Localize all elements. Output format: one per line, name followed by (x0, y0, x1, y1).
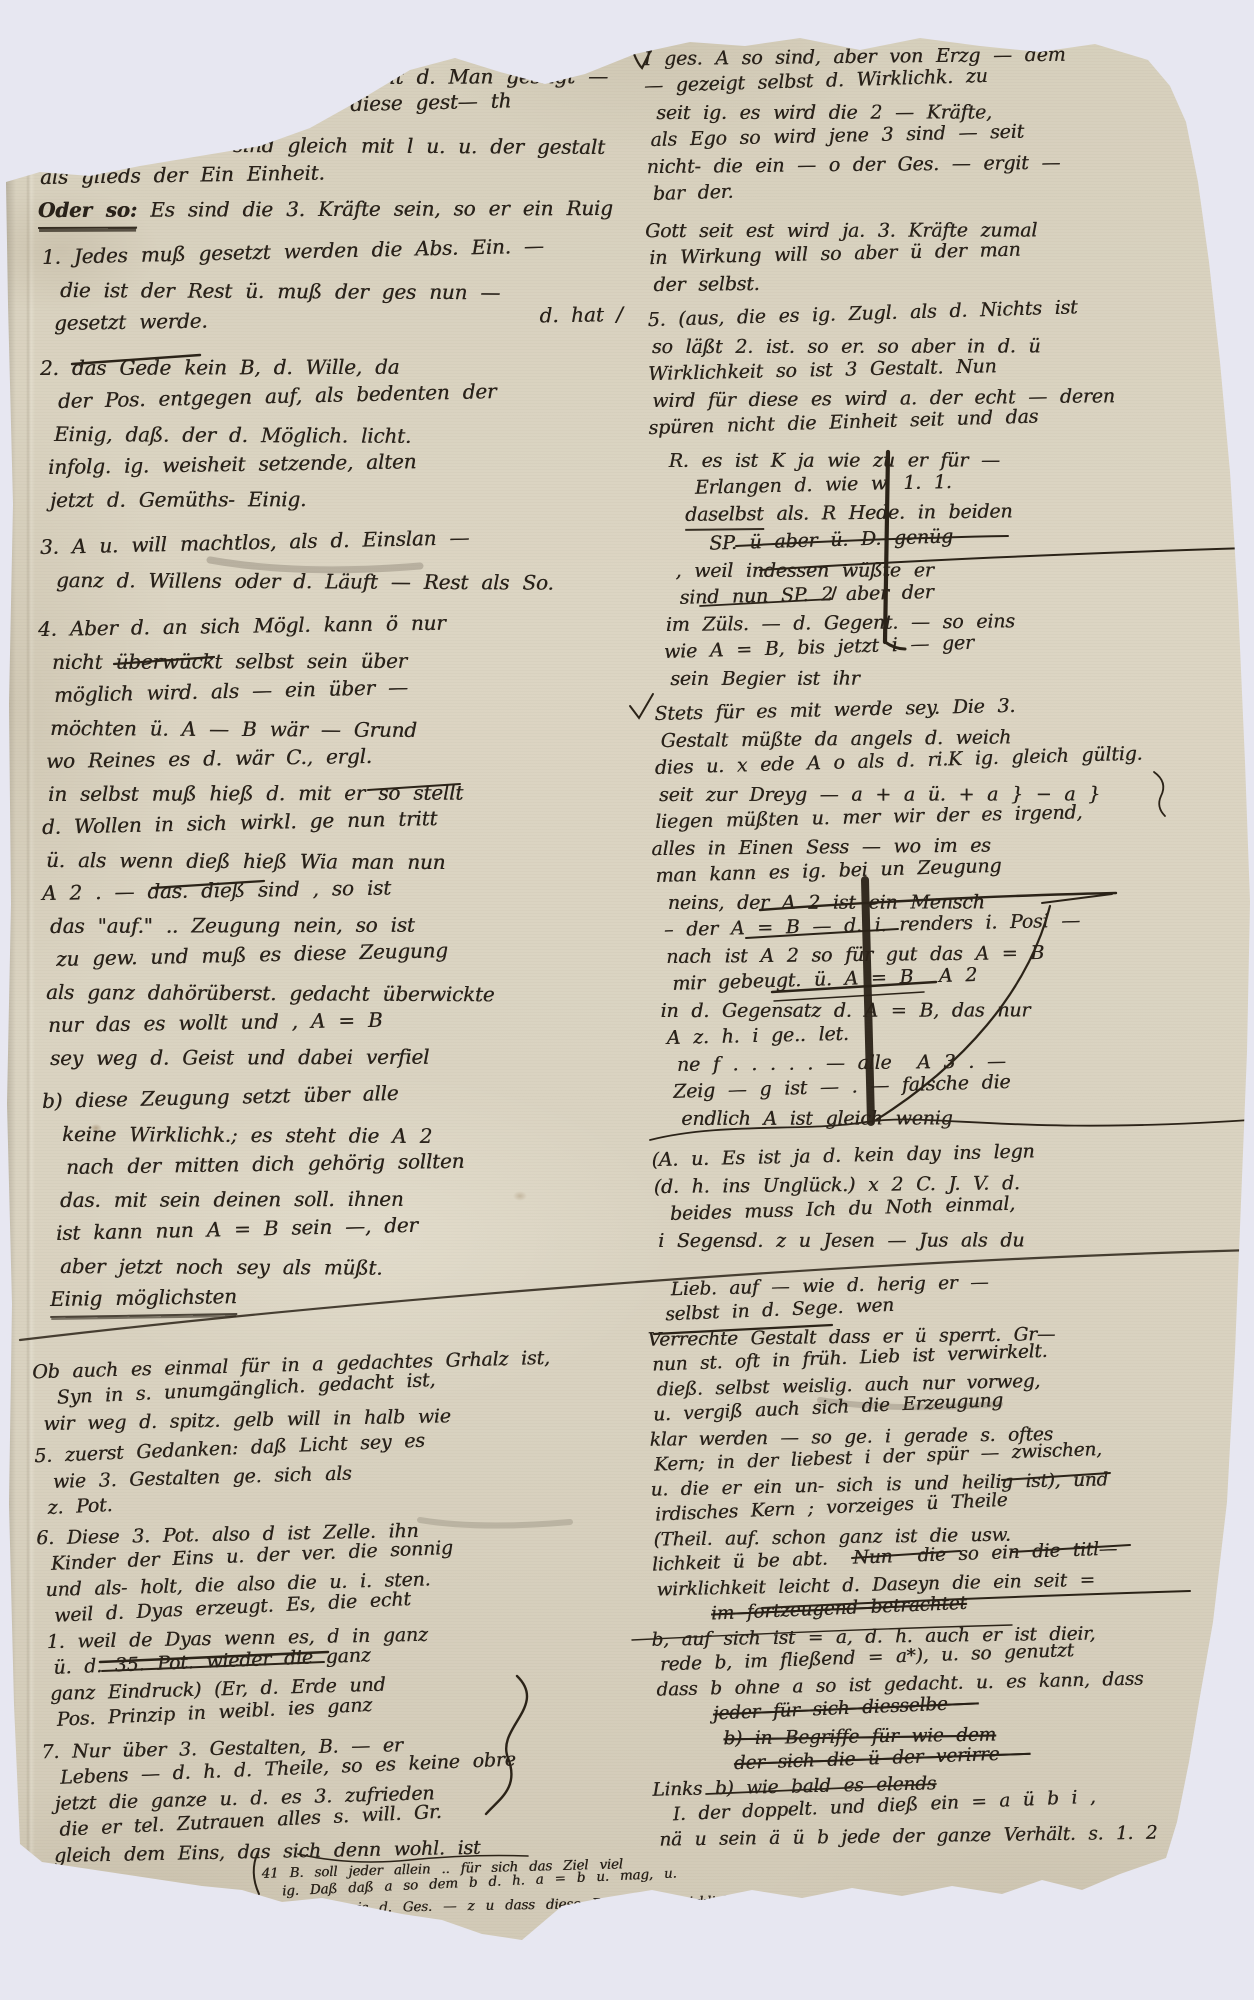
line-text: Erlangen d. wie w. 1. 1. (695, 469, 952, 502)
line-text: bar der. (652, 179, 733, 208)
manuscript-line: 3. A u. will machtlos, als d. Einslan — (40, 518, 634, 564)
line-text: ganz d. Willens oder d. Läuft — Rest als… (56, 564, 554, 600)
line-text: infolg. ig. weisheit setzende, alten (48, 445, 417, 484)
check-mark (26, 74, 52, 104)
line-text: 4. Aber d. an sich Mögl. kann ö nur (38, 607, 446, 646)
line-text: i Segensd. z u Jesen — Jus als du (658, 1227, 1024, 1255)
right-column-upper: I ges. A so sind, aber von Erzg — dem— g… (644, 42, 1252, 1255)
left-column-upper: Wie der es sich so zieht — seit d. Man g… (38, 62, 633, 1318)
line-text: A 2 . — das. dieß sind , so ist (42, 872, 391, 910)
manuscript-line: ganz d. Willens oder d. Läuft — Rest als… (56, 564, 633, 600)
line-text: z. Pot. (47, 1492, 113, 1521)
line-tail: d. hat / (539, 298, 633, 332)
line-text: ist kann nun A = B sein —, der (56, 1209, 418, 1250)
scan-background: 25 Wie der es sich so zieht — seit d. Ma… (0, 0, 1254, 2000)
line-text: nur das es wollt und , A = B (48, 1004, 383, 1042)
manuscript-line: jetzt d. Gemüths- Einig. (50, 482, 633, 517)
line-text: 5. (aus, die es ig. Zugl. als d. Nichts … (647, 294, 1078, 334)
manuscript-line: Oder so: Es sind die 3. Kräfte sein, so … (38, 192, 633, 229)
line-text: sey weg d. Geist und dabei verfiel (50, 1041, 429, 1075)
line-text: uns auch th., Ab d. i. A 3 diese gest— t… (44, 84, 512, 128)
line-text: Es sind die 3. Kräfte sein, so er ein Ru… (137, 192, 613, 229)
line-text: 3. A u. will machtlos, als d. Einslan — (40, 521, 470, 564)
right-column-lower: Lieb. auf — wie d. herig er —selbst in d… (643, 1266, 1254, 1852)
line-text: endlich A ist gleich wenig (681, 1105, 952, 1132)
line-text: SP. ü aber ü. D. genüg (709, 523, 953, 557)
line-tail: Cg (1217, 1819, 1253, 1845)
line-text: Stets für es mit werde sey. Die 3. (654, 693, 1015, 728)
line-text: nach der mitten dich gehörig sollten (66, 1145, 465, 1184)
manuscript-line: uns auch th., Ab d. i. A 3 diese gest— t… (44, 82, 634, 128)
manuscript-line: endlich A ist gleich wenig (681, 1105, 1251, 1133)
page-number: 25 (1166, 62, 1198, 91)
line-text: Einig möglichsten (50, 1280, 237, 1318)
manuscript-line: 1. Jedes muß gesetzt werden die Abs. Ein… (42, 228, 634, 274)
line-text: (A. u. Es ist ja d. kein day ins legn (651, 1138, 1035, 1174)
manuscript-line: b) diese Zeugung setzt über alle (42, 1072, 634, 1118)
line-text: möglich wird. als — ein über — (54, 671, 409, 712)
line-text: gesetzt werde. (54, 305, 208, 340)
line-text: sind nun SP. 2 aber der (679, 579, 933, 612)
deletion-stroke (170, 105, 232, 112)
manuscript-line: als glieds der Ein Einheit. (40, 152, 633, 194)
manuscript-line: 4. Aber d. an sich Mögl. kann ö nur (38, 604, 633, 646)
line-text: b) diese Zeugung setzt über alle (42, 1077, 399, 1118)
line-text: A z. h. i ge.. let. (666, 1021, 849, 1052)
line-text: als glieds der Ein Einheit. (40, 157, 325, 194)
manuscript-line: sey weg d. Geist und dabei verfiel (50, 1040, 633, 1075)
line-lead: daselbst (685, 501, 764, 531)
line-lead: Oder so: (38, 194, 137, 229)
manuscript-line: i Segensd. z u Jesen — Jus als du (658, 1227, 1252, 1255)
line-text: der selbst. (653, 271, 759, 299)
left-column-lower: Ob auch es einmal für in a gedachtes Grh… (32, 1345, 639, 1869)
line-text: 1. Jedes muß gesetzt werden die Abs. Ein… (42, 230, 544, 274)
manuscript-page: 25 Wie der es sich so zieht — seit d. Ma… (0, 0, 1254, 2000)
line-text: wo Reines es d. wär C., ergl. (46, 740, 372, 778)
line-text: sein Begier ist ihr (670, 666, 859, 693)
line-text: jetzt d. Gemüths- Einig. (50, 483, 306, 517)
